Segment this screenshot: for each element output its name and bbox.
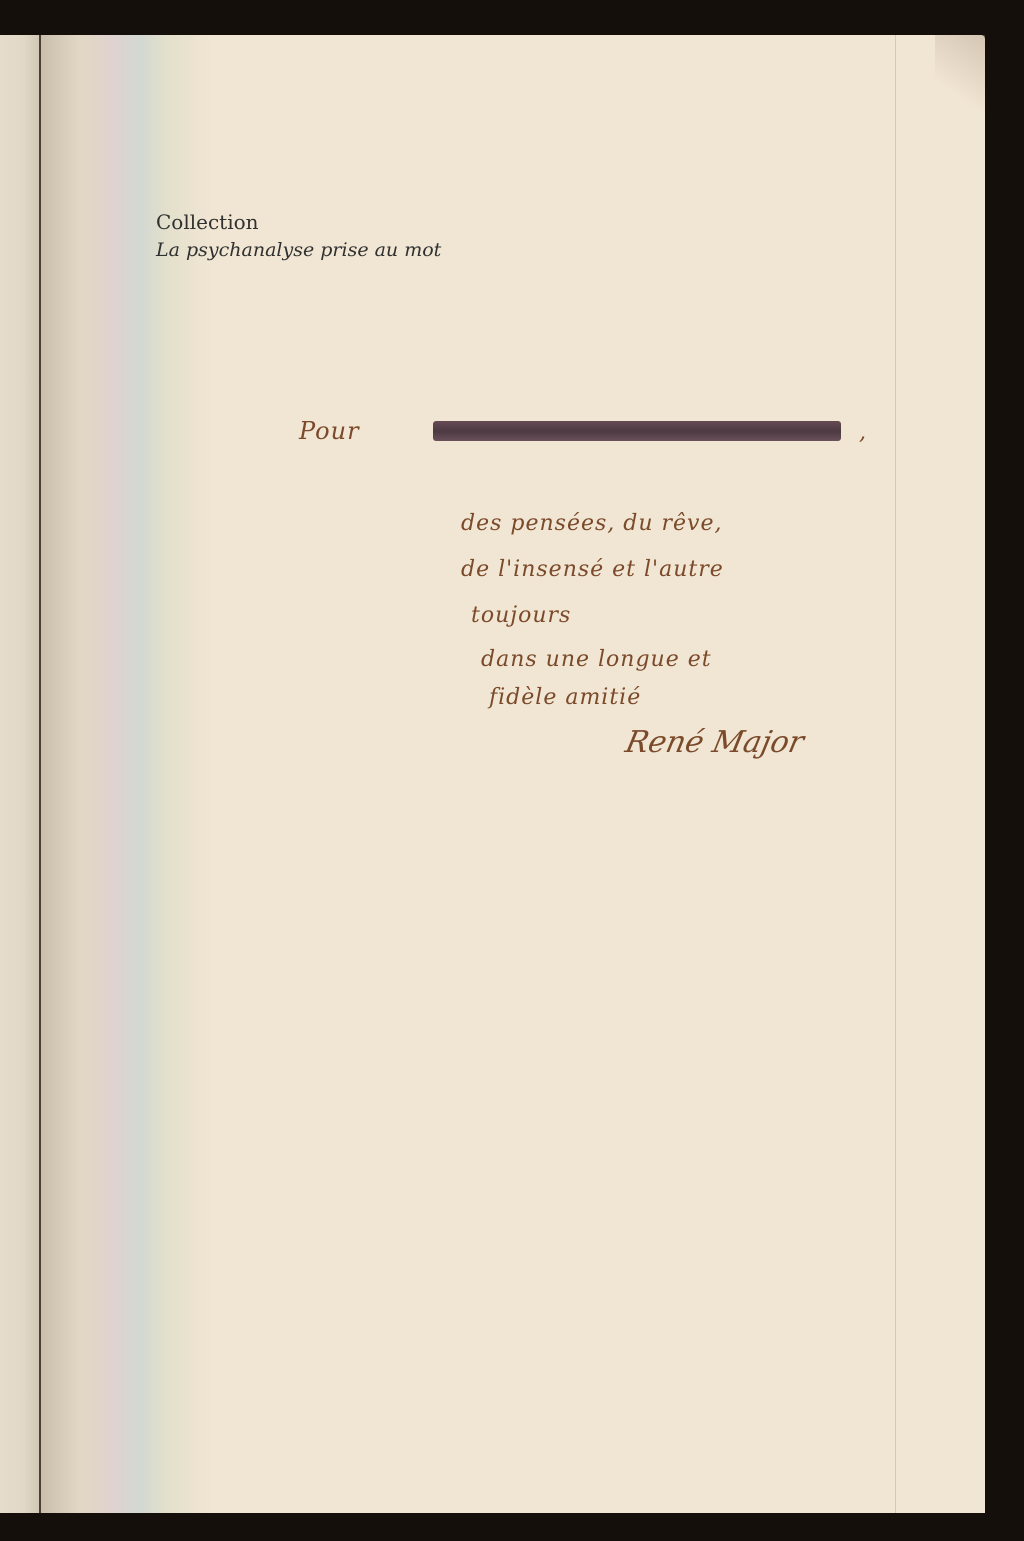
series-title: La psychanalyse prise au mot xyxy=(156,237,441,263)
inscription-line-4: dans une longue et xyxy=(481,647,712,672)
book-page: Collection La psychanalyse prise au mot … xyxy=(41,35,985,1513)
previous-page-edge xyxy=(0,35,40,1513)
inscription-line-5: fidèle amitié xyxy=(489,685,641,710)
redacted-recipient xyxy=(433,421,841,441)
collection-block: Collection La psychanalyse prise au mot xyxy=(156,207,441,263)
margin-rule xyxy=(895,35,896,1513)
page-corner-shadow xyxy=(935,35,985,115)
inscription-comma: , xyxy=(859,420,867,445)
collection-label: Collection xyxy=(156,207,441,237)
inscription-line-3: toujours xyxy=(471,603,571,628)
inscription-line-1: des pensées, du rêve, xyxy=(461,511,723,536)
inscription-salutation: Pour xyxy=(299,417,360,445)
signature: René Major xyxy=(622,725,807,760)
inscription-line-2: de l'insensé et l'autre xyxy=(461,557,724,582)
